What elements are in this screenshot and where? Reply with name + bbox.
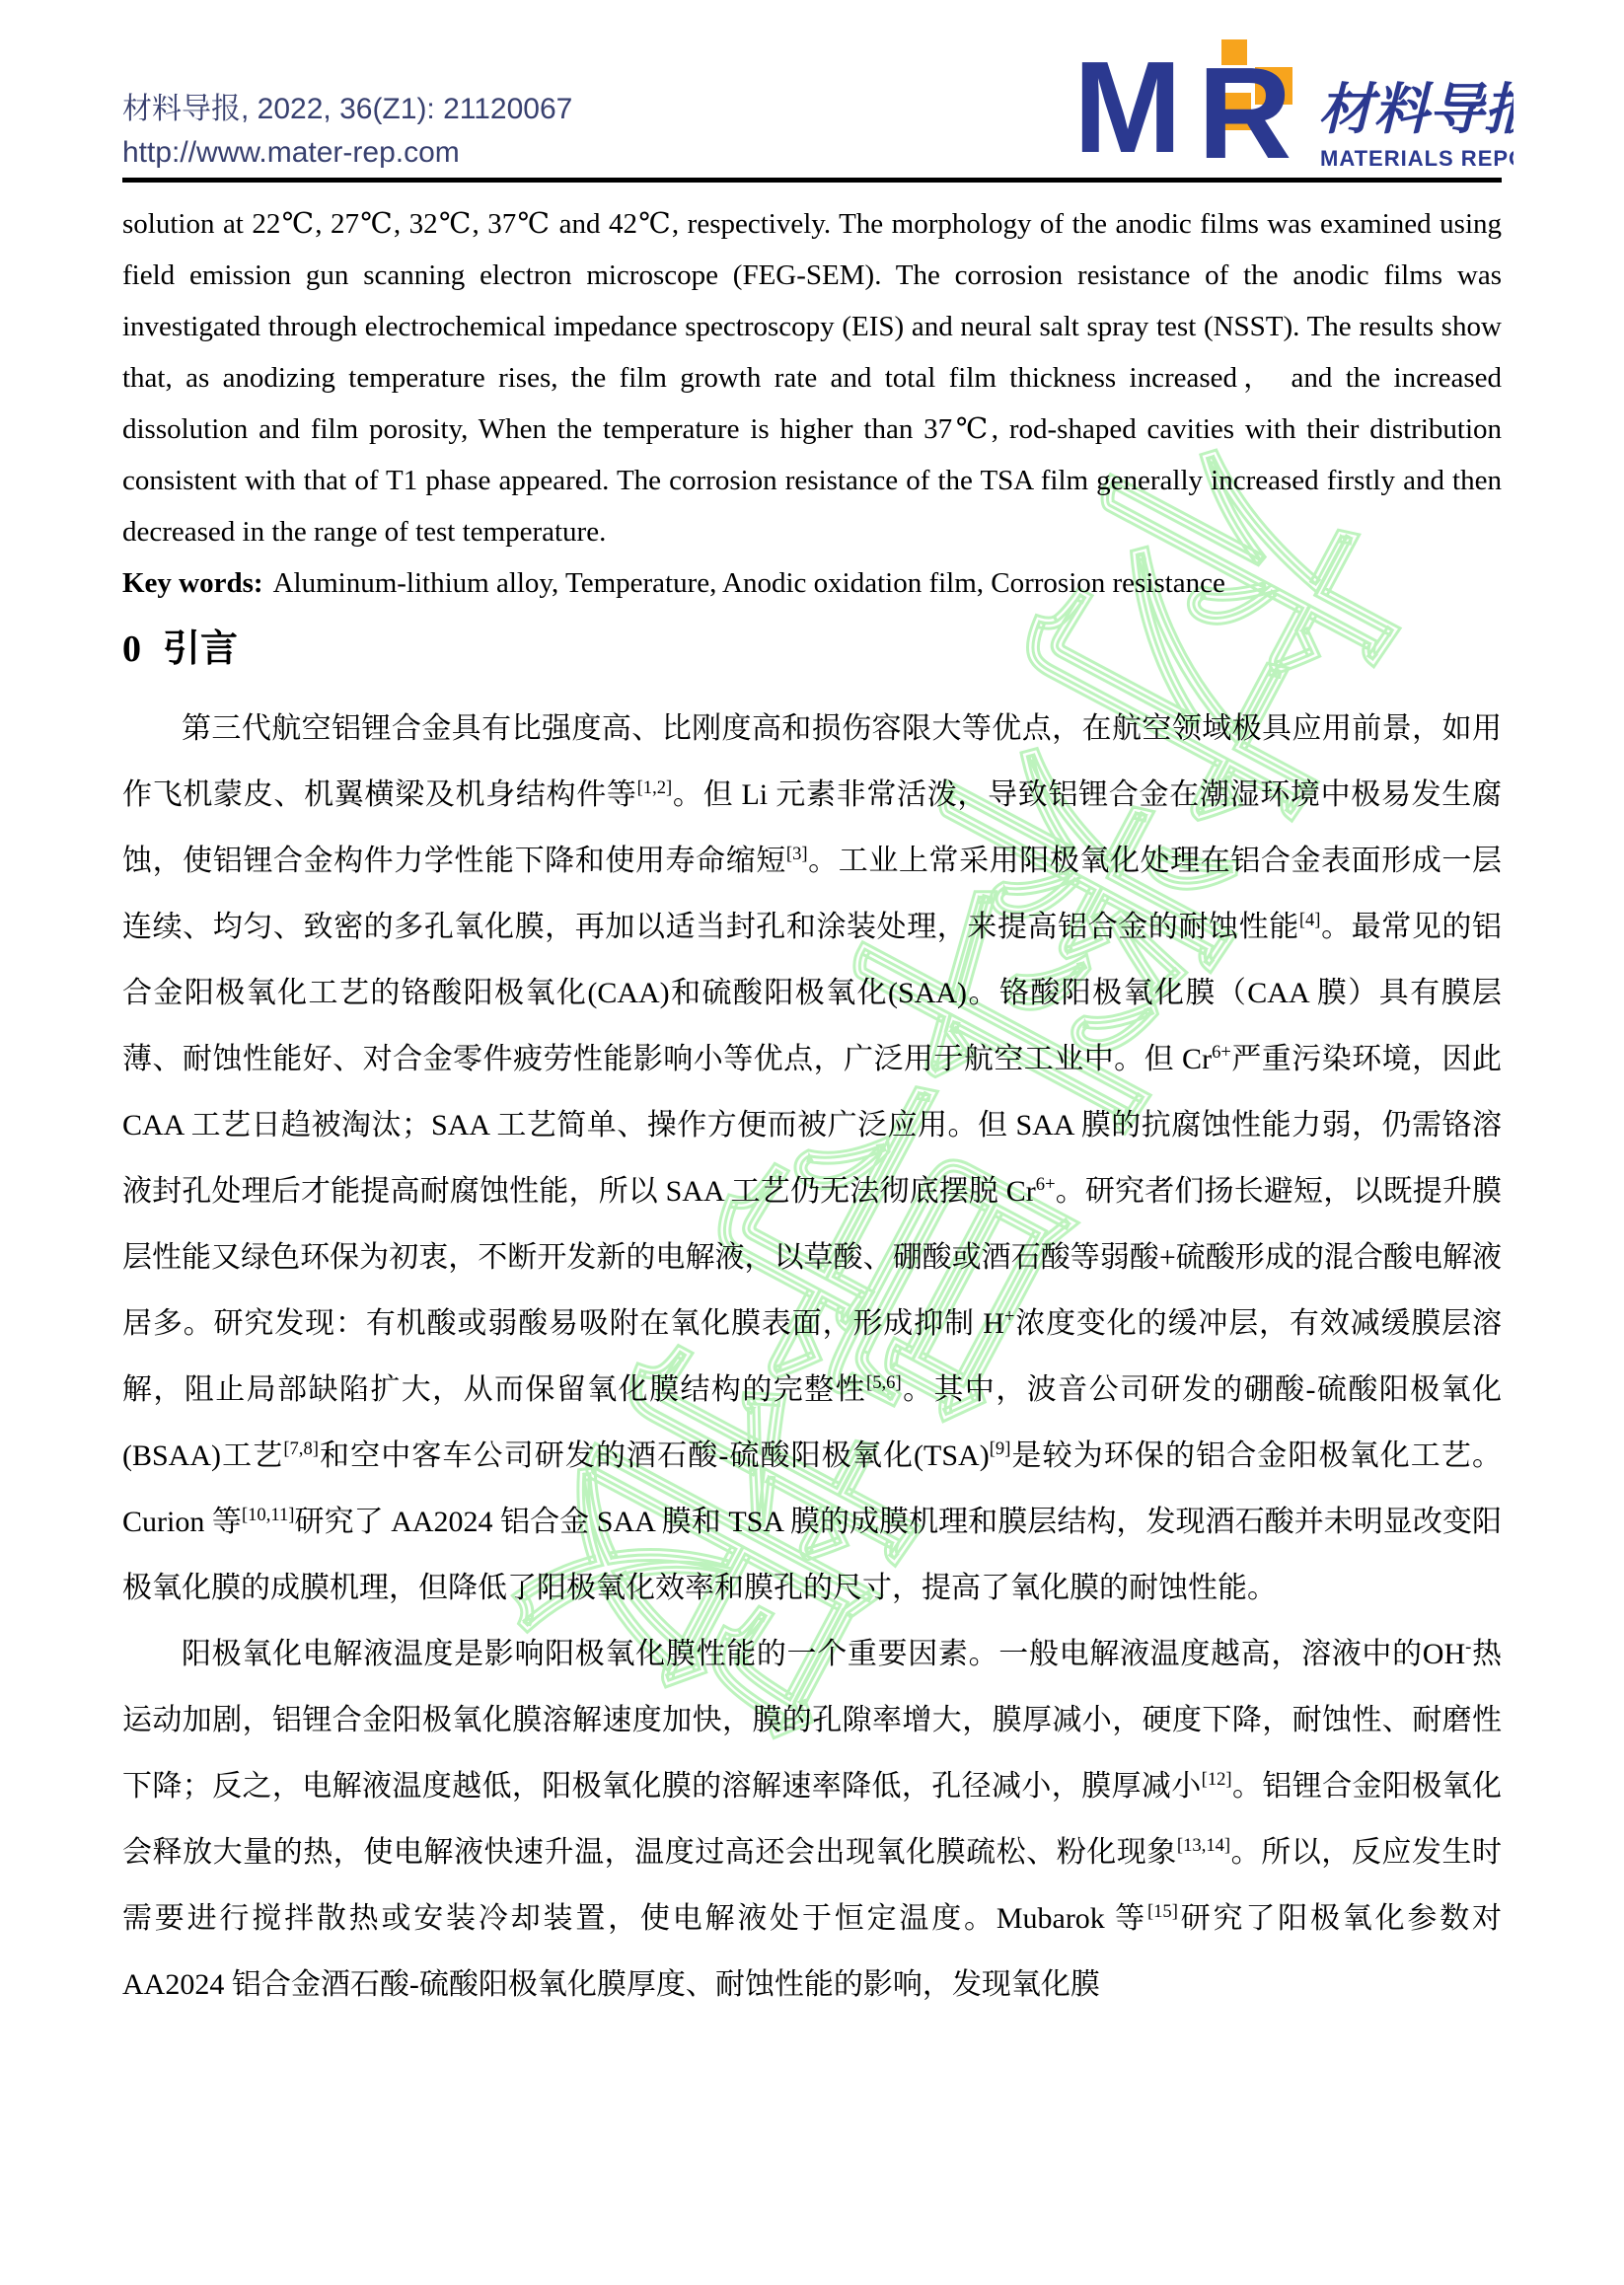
section-heading-introduction: 0引言 <box>122 627 1502 672</box>
logo-letter-m: M <box>1073 36 1182 174</box>
section-number: 0 <box>122 628 141 670</box>
mr-logo-graphic: M R 材料导报 MATERIALS REPORTS <box>1073 36 1513 174</box>
journal-page: 材料导报 材料导报, 2022, 36(Z1): 21120067 http:/… <box>0 0 1624 2285</box>
page-content: 材料导报, 2022, 36(Z1): 21120067 http://www.… <box>0 0 1624 2018</box>
abstract-text: solution at 22℃, 27℃, 32℃, 37℃ and 42℃, … <box>122 198 1502 557</box>
keywords-label: Key words: <box>122 567 263 599</box>
header-divider <box>122 178 1502 183</box>
intro-paragraph-2: 阳极氧化电解液温度是影响阳极氧化膜性能的一个重要因素。一般电解液温度越高，溶液中… <box>122 1621 1502 2018</box>
keywords-text: Aluminum-lithium alloy, Temperature, Ano… <box>273 567 1225 599</box>
page-header: 材料导报, 2022, 36(Z1): 21120067 http://www.… <box>122 91 1502 172</box>
keywords-line: Key words:Aluminum-lithium alloy, Temper… <box>122 557 1502 609</box>
section-title: 引言 <box>163 628 238 670</box>
article-body: solution at 22℃, 27℃, 32℃, 37℃ and 42℃, … <box>122 198 1502 2018</box>
intro-paragraph-1: 第三代航空铝锂合金具有比强度高、比刚度高和损伤容限大等优点，在航空领域极具应用前… <box>122 696 1502 1621</box>
journal-logo: M R 材料导报 MATERIALS REPORTS <box>1073 36 1513 174</box>
logo-cn-name: 材料导报 <box>1318 77 1513 142</box>
logo-en-name: MATERIALS REPORTS <box>1320 146 1513 171</box>
logo-letter-r: R <box>1198 40 1292 174</box>
